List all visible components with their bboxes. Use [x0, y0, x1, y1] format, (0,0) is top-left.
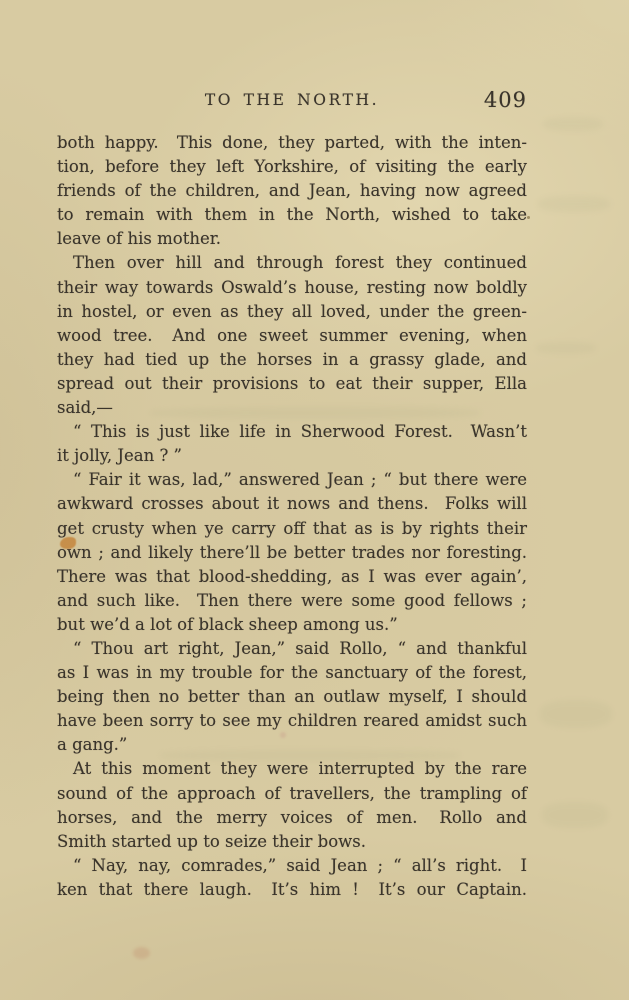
text-line: Smith started up to seize their bows.: [57, 830, 527, 854]
text-line: it jolly, Jean ? ”: [57, 444, 527, 468]
book-page-scan: TO THE NORTH. 409 both happy. This done,…: [0, 0, 629, 1000]
text-line: Then over hill and through forest they c…: [57, 251, 527, 275]
text-line: “ This is just like life in Sherwood For…: [57, 420, 527, 444]
text-line: leave of his mother.: [57, 227, 527, 251]
text-line: as I was in my trouble for the sanctuary…: [57, 661, 527, 685]
text-line: said,—: [57, 396, 527, 420]
text-line: they had tied up the horses in a grassy …: [57, 348, 527, 372]
text-line: have been sorry to see my children reare…: [57, 709, 527, 733]
text-line: to remain with them in the North, wished…: [57, 203, 527, 227]
text-line: a gang.”: [57, 733, 527, 757]
text-line: friends of the children, and Jean, havin…: [57, 179, 527, 203]
text-line: “ Fair it was, lad,” answered Jean ; “ b…: [57, 468, 527, 492]
text-line: At this moment they were interrupted by …: [57, 757, 527, 781]
text-line: spread out their provisions to eat their…: [57, 372, 527, 396]
text-line: sound of the approach of travellers, the…: [57, 782, 527, 806]
text-line: wood tree. And one sweet summer evening,…: [57, 324, 527, 348]
paper-stain: [133, 947, 150, 959]
show-through-smudge: [540, 700, 612, 728]
text-line: “ Nay, nay, comrades,” said Jean ; “ all…: [57, 854, 527, 878]
text-line: “ Thou art right, Jean,” said Rollo, “ a…: [57, 637, 527, 661]
text-line: being then no better than an outlaw myse…: [57, 685, 527, 709]
text-line: but we’d a lot of black sheep among us.”: [57, 613, 527, 637]
page-body: both happy. This done, they parted, with…: [57, 131, 527, 902]
text-line: tion, before they left Yorkshire, of vis…: [57, 155, 527, 179]
show-through-smudge: [538, 196, 610, 212]
text-line: get crusty when ye carry off that as is …: [57, 517, 527, 541]
text-line: in hostel, or even as they all loved, un…: [57, 300, 527, 324]
text-line: horses, and the merry voices of men. Rol…: [57, 806, 527, 830]
page-header: TO THE NORTH. 409: [57, 88, 527, 122]
show-through-smudge: [543, 117, 603, 131]
text-line: ken that there laugh. It’s him ! It’s ou…: [57, 878, 527, 902]
text-line: awkward crosses about it nows and thens.…: [57, 492, 527, 516]
paper-stain: [527, 216, 530, 219]
text-line: their way towards Oswald’s house, restin…: [57, 276, 527, 300]
text-line: and such like. Then there were some good…: [57, 589, 527, 613]
running-title: TO THE NORTH.: [57, 91, 527, 109]
text-line: There was that blood-shedding, as I was …: [57, 565, 527, 589]
text-line: both happy. This done, they parted, with…: [57, 131, 527, 155]
show-through-smudge: [542, 802, 608, 828]
show-through-smudge: [536, 342, 596, 354]
page-number: 409: [484, 88, 527, 112]
text-line: own ; and likely there’ll be better trad…: [57, 541, 527, 565]
